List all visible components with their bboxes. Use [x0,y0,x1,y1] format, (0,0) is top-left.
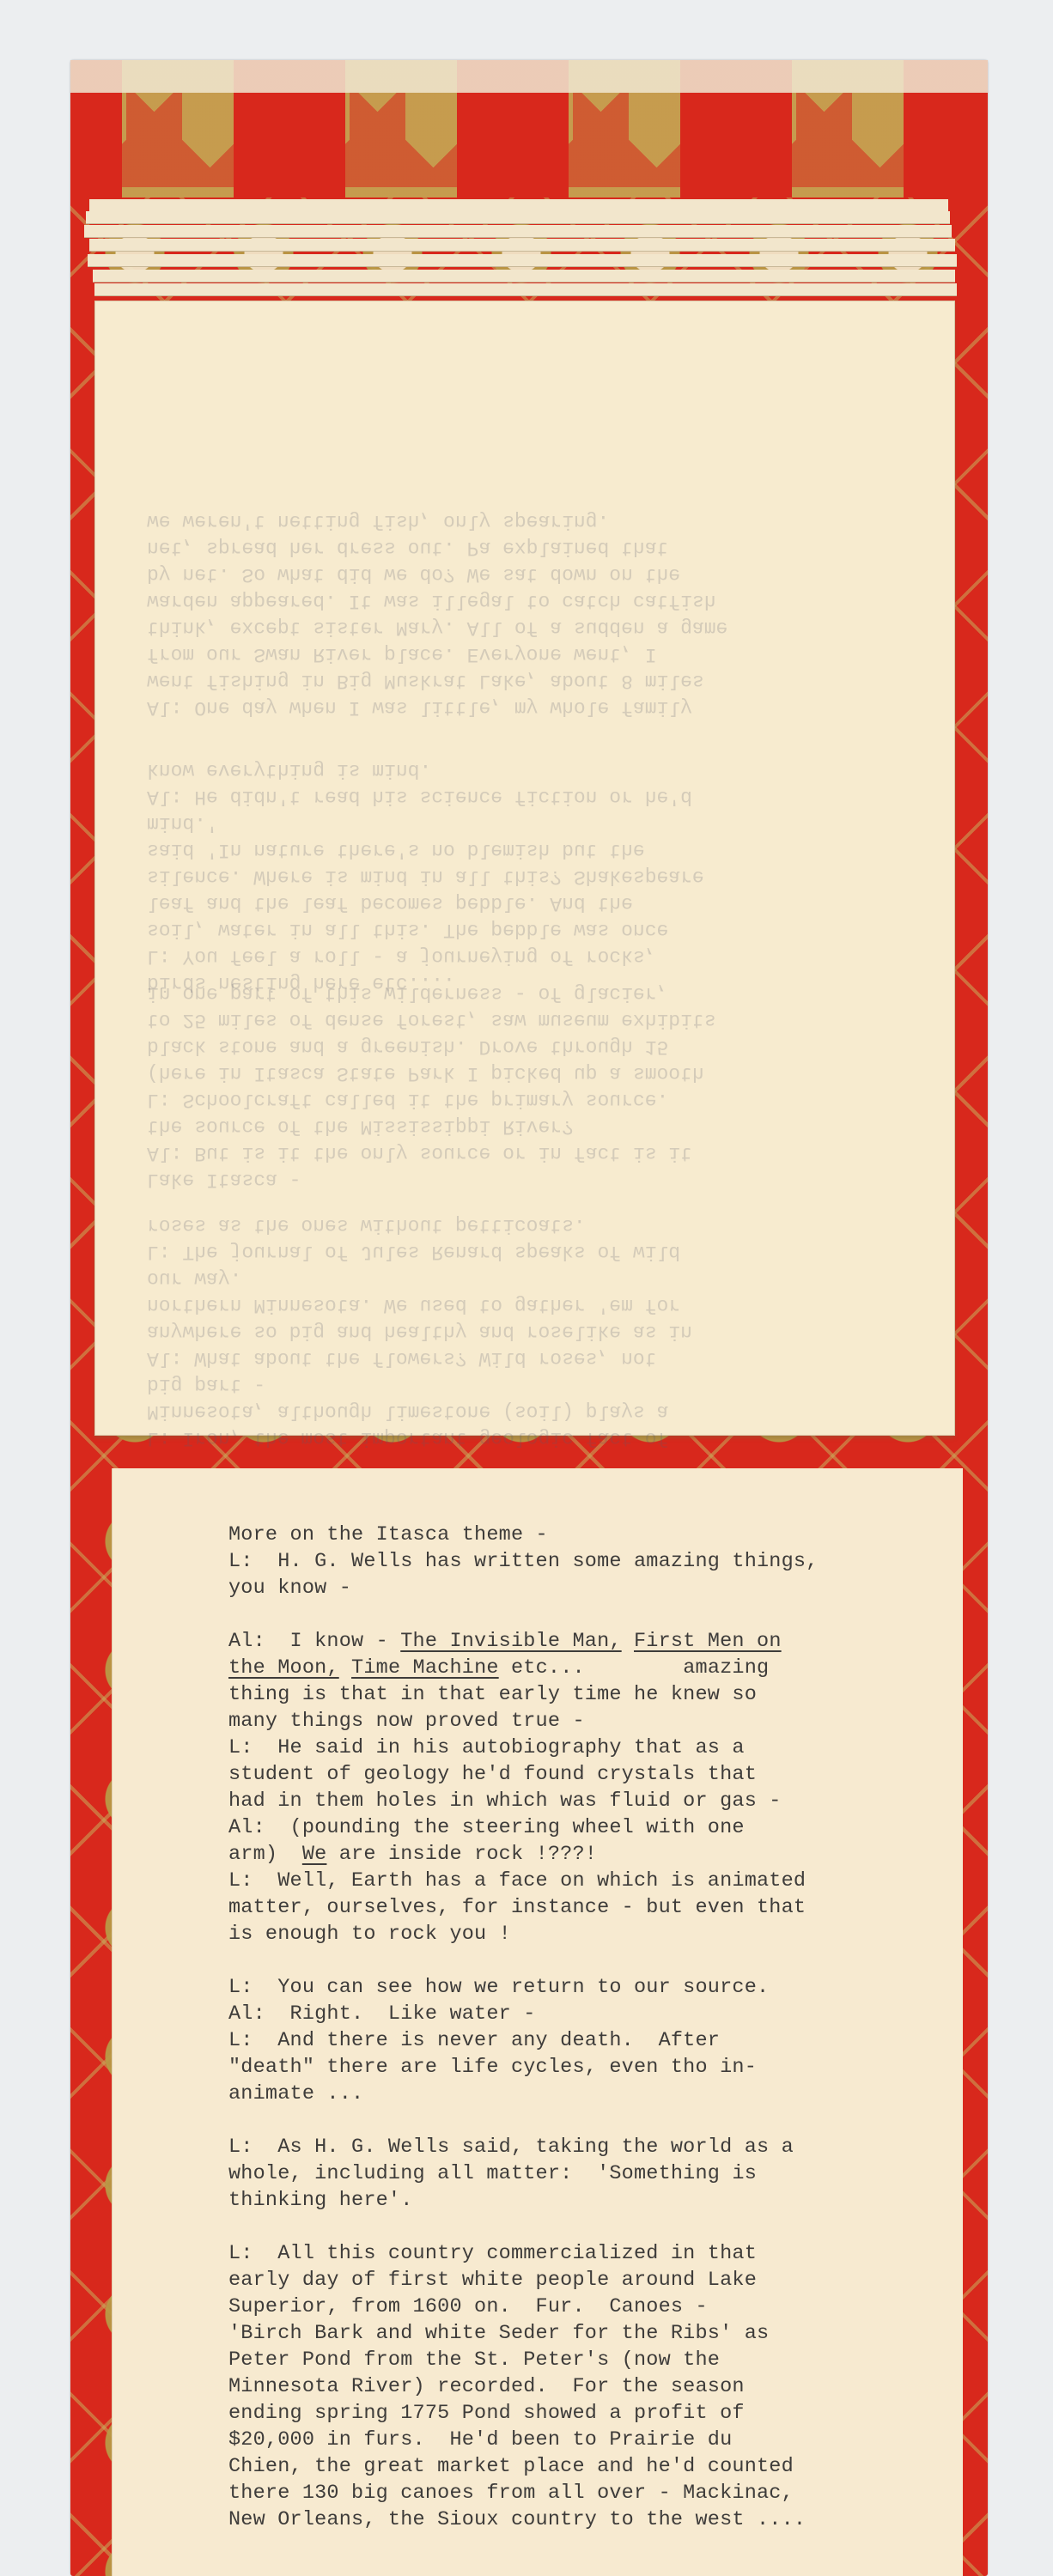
typed-line: New Orleans, the Sioux country to the we… [228,2506,959,2533]
typed-line: had in them holes in which was fluid or … [228,1788,959,1814]
typed-line: "death" there are life cycles, even tho … [228,2054,959,2081]
dialogue-paragraph: L: You can see how we return to our sour… [228,1974,959,2107]
page-stack-edge [89,239,955,252]
typed-line: Superior, from 1600 on. Fur. Canoes - [228,2293,959,2320]
showthrough-block: Al: One day when I was little, my whole … [147,507,920,720]
typed-line: early day of first white people around L… [228,2267,959,2293]
typed-line: arm) We are inside rock !???! [228,1841,959,1868]
typed-line: thinking here'. [228,2187,959,2214]
typed-line: matter, ourselves, for instance - but ev… [228,1894,959,1921]
page-stack-edge [86,211,950,224]
typed-line: L: H. G. Wells has written some amazing … [228,1548,959,1575]
typed-line: many things now proved true - [228,1708,959,1735]
typed-line: More on the Itasca theme - [228,1522,959,1548]
page-stack-edge [84,225,952,238]
typed-line: L: He said in his autobiography that as … [228,1735,959,1761]
typed-line: Peter Pond from the St. Peter's (now the [228,2347,959,2373]
typed-line: the Moon, Time Machine etc... amazing [228,1655,959,1681]
typed-page: More on the Itasca theme -L: H. G. Wells… [112,1468,963,2576]
typed-line: thing is that in that early time he knew… [228,1681,959,1708]
typed-transcript: More on the Itasca theme -L: H. G. Wells… [228,1522,959,2560]
typed-line: L: Well, Earth has a face on which is an… [228,1868,959,1894]
typed-line: is enough to rock you ! [228,1921,959,1947]
typed-line: Al: (pounding the steering wheel with on… [228,1814,959,1841]
typed-line: Minnesota River) recorded. For the seaso… [228,2373,959,2400]
typed-line: you know - [228,1575,959,1601]
typed-line: Chien, the great market place and he'd c… [228,2453,959,2480]
page-stack-edge [88,254,957,267]
dialogue-paragraph: L: As H. G. Wells said, taking the world… [228,2134,959,2214]
page-stack-edge [89,199,948,212]
typed-line: 'Birch Bark and white Seder for the Ribs… [228,2320,959,2347]
typed-line: L: All this country commercialized in th… [228,2240,959,2267]
typed-line: L: And there is never any death. After [228,2027,959,2054]
upper-page-reverse[interactable]: Al: One day when I was little, my whole … [94,301,955,1436]
showthrough-block: Lake Itasca - Al: But is it the only sou… [147,980,920,1193]
dialogue-paragraph: L: All this country commercialized in th… [228,2240,959,2533]
showthrough-block: birds nesting here etc.... L: You feel a… [147,756,920,996]
dialogue-paragraph: More on the Itasca theme -L: H. G. Wells… [228,1522,959,1601]
typed-line: whole, including all matter: 'Something … [228,2160,959,2187]
typed-line: there 130 big canoes from all over - Mac… [228,2480,959,2506]
page-stack-edge [94,283,957,296]
showthrough-block: L: Iron, the most important geologic fac… [147,1212,920,1451]
typed-line: animate ... [228,2081,959,2107]
typed-line: Al: Right. Like water - [228,2001,959,2027]
typed-line: L: As H. G. Wells said, taking the world… [228,2134,959,2160]
cover-top-pattern [70,60,988,197]
typed-line: student of geology he'd found crystals t… [228,1761,959,1788]
typed-line: Al: I know - The Invisible Man, First Me… [228,1628,959,1655]
typed-line: L: You can see how we return to our sour… [228,1974,959,2001]
dialogue-paragraph: Al: I know - The Invisible Man, First Me… [228,1628,959,1947]
page-stack-edge [93,270,955,283]
typed-line: $20,000 in furs. He'd been to Prairie du [228,2427,959,2453]
typed-line: ending spring 1775 Pond showed a profit … [228,2400,959,2427]
